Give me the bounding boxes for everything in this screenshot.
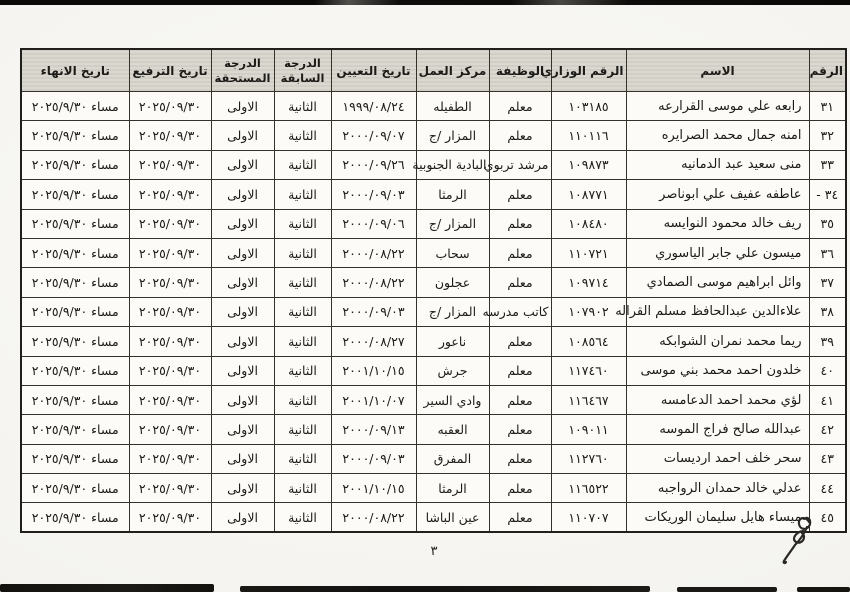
cell-end_date: مساء ٢٠٢٥/٩/٣٠ bbox=[21, 297, 129, 326]
cell-name: عبدالله صالح فراج الموسه bbox=[626, 415, 809, 444]
cell-end_date: مساء ٢٠٢٥/٩/٣٠ bbox=[21, 356, 129, 385]
cell-due_grade: الاولى bbox=[211, 415, 274, 444]
cell-promotion_date: ٢٠٢٥/٠٩/٣٠ bbox=[129, 121, 211, 150]
cell-prev_grade: الثانية bbox=[274, 474, 331, 503]
cell-seq: ٤٤ bbox=[809, 474, 846, 503]
cell-job: معلم bbox=[489, 356, 551, 385]
cell-job: معلم bbox=[489, 444, 551, 473]
cell-seq: ٤٣ bbox=[809, 444, 846, 473]
cell-prev_grade: الثانية bbox=[274, 327, 331, 356]
header-due_grade: الدرجة المستحقة bbox=[211, 49, 274, 92]
cell-end_date: مساء ٢٠٢٥/٩/٣٠ bbox=[21, 503, 129, 532]
cell-seq: ٤٠ bbox=[809, 356, 846, 385]
cell-work_center: عين الباشا bbox=[416, 503, 489, 532]
cell-seq: ٤١ bbox=[809, 385, 846, 414]
cell-promotion_date: ٢٠٢٥/٠٩/٣٠ bbox=[129, 180, 211, 209]
cell-promotion_date: ٢٠٢٥/٠٩/٣٠ bbox=[129, 503, 211, 532]
cell-prev_grade: الثانية bbox=[274, 385, 331, 414]
header-row: الرقمالاسمالرقم الوزاريالوظيفةمركز العمل… bbox=[21, 49, 846, 92]
cell-end_date: مساء ٢٠٢٥/٩/٣٠ bbox=[21, 385, 129, 414]
scan-edge-bottom-3 bbox=[677, 587, 777, 592]
cell-end_date: مساء ٢٠٢٥/٩/٣٠ bbox=[21, 327, 129, 356]
cell-work_center: الرمثا bbox=[416, 180, 489, 209]
cell-end_date: مساء ٢٠٢٥/٩/٣٠ bbox=[21, 121, 129, 150]
cell-end_date: مساء ٢٠٢٥/٩/٣٠ bbox=[21, 268, 129, 297]
cell-ministry_no: ١٠٩٠١١ bbox=[551, 415, 626, 444]
cell-seq: ٣٢ bbox=[809, 121, 846, 150]
cell-ministry_no: ١٠٨٧٧١ bbox=[551, 180, 626, 209]
cell-seq: ٣٦ bbox=[809, 238, 846, 267]
cell-work_center: الرمثا bbox=[416, 474, 489, 503]
cell-promotion_date: ٢٠٢٥/٠٩/٣٠ bbox=[129, 327, 211, 356]
cell-seq: ٣٧ bbox=[809, 268, 846, 297]
cell-promotion_date: ٢٠٢٥/٠٩/٣٠ bbox=[129, 297, 211, 326]
table-row: ٣٧وائل ابراهيم موسى الصمادي١٠٩٧١٤معلمعجل… bbox=[21, 268, 846, 297]
cell-work_center: البادية الجنوبية bbox=[416, 150, 489, 179]
cell-work_center: عجلون bbox=[416, 268, 489, 297]
cell-ministry_no: ١١٧٤٦٠ bbox=[551, 356, 626, 385]
cell-ministry_no: ١٠٨٤٨٠ bbox=[551, 209, 626, 238]
cell-prev_grade: الثانية bbox=[274, 92, 331, 121]
cell-end_date: مساء ٢٠٢٥/٩/٣٠ bbox=[21, 238, 129, 267]
header-job: الوظيفة bbox=[489, 49, 551, 92]
cell-promotion_date: ٢٠٢٥/٠٩/٣٠ bbox=[129, 238, 211, 267]
cell-hire_date: ١٩٩٩/٠٨/٢٤ bbox=[331, 92, 416, 121]
cell-promotion_date: ٢٠٢٥/٠٩/٣٠ bbox=[129, 474, 211, 503]
cell-hire_date: ٢٠٠٠/٠٨/٢٧ bbox=[331, 327, 416, 356]
cell-hire_date: ٢٠٠٠/٠٩/٠٣ bbox=[331, 444, 416, 473]
cell-end_date: مساء ٢٠٢٥/٩/٣٠ bbox=[21, 209, 129, 238]
cell-job: معلم bbox=[489, 92, 551, 121]
cell-due_grade: الاولى bbox=[211, 92, 274, 121]
cell-work_center: سحاب bbox=[416, 238, 489, 267]
cell-ministry_no: ١٠٩٧١٤ bbox=[551, 268, 626, 297]
cell-job: معلم bbox=[489, 121, 551, 150]
cell-hire_date: ٢٠٠٠/٠٨/٢٢ bbox=[331, 268, 416, 297]
cell-prev_grade: الثانية bbox=[274, 444, 331, 473]
cell-seq: ٣٤ - bbox=[809, 180, 846, 209]
header-hire_date: تاريخ التعيين bbox=[331, 49, 416, 92]
cell-prev_grade: الثانية bbox=[274, 238, 331, 267]
cell-work_center: وادي السير bbox=[416, 385, 489, 414]
cell-due_grade: الاولى bbox=[211, 327, 274, 356]
cell-name: لؤي محمد احمد الدعامسه bbox=[626, 385, 809, 414]
table-row: ٤٣سحر خلف احمد ارديسات١١٢٧٦٠معلمالمفرق٢٠… bbox=[21, 444, 846, 473]
cell-name: خلدون احمد محمد بني موسى bbox=[626, 356, 809, 385]
scan-edge-bottom-2 bbox=[240, 586, 650, 592]
cell-due_grade: الاولى bbox=[211, 150, 274, 179]
cell-hire_date: ٢٠٠٠/٠٩/٠٧ bbox=[331, 121, 416, 150]
table-row: ٤٤عدلي خالد حمدان الرواجبه١١٦٥٢٢معلمالرم… bbox=[21, 474, 846, 503]
cell-work_center: المزار /ج bbox=[416, 209, 489, 238]
cell-due_grade: الاولى bbox=[211, 356, 274, 385]
table-row: ٣٤ -عاطفه عفيف علي ابوناصر١٠٨٧٧١معلمالرم… bbox=[21, 180, 846, 209]
cell-promotion_date: ٢٠٢٥/٠٩/٣٠ bbox=[129, 356, 211, 385]
cell-job: كاتب مدرسه bbox=[489, 297, 551, 326]
cell-job: معلم bbox=[489, 385, 551, 414]
table-row: ٤١لؤي محمد احمد الدعامسه١١٦٤٦٧معلموادي ا… bbox=[21, 385, 846, 414]
cell-name: عاطفه عفيف علي ابوناصر bbox=[626, 180, 809, 209]
cell-ministry_no: ١٠٣١٨٥ bbox=[551, 92, 626, 121]
cell-seq: ٣٥ bbox=[809, 209, 846, 238]
header-name: الاسم bbox=[626, 49, 809, 92]
cell-due_grade: الاولى bbox=[211, 180, 274, 209]
cell-ministry_no: ١٠٨٥٦٤ bbox=[551, 327, 626, 356]
cell-seq: ٣٩ bbox=[809, 327, 846, 356]
cell-job: معلم bbox=[489, 474, 551, 503]
cell-due_grade: الاولى bbox=[211, 297, 274, 326]
table-row: ٣٩ريما محمد نمران الشوابكه١٠٨٥٦٤معلمناعو… bbox=[21, 327, 846, 356]
cell-prev_grade: الثانية bbox=[274, 415, 331, 444]
cell-ministry_no: ١٠٩٨٧٣ bbox=[551, 150, 626, 179]
cell-promotion_date: ٢٠٢٥/٠٩/٣٠ bbox=[129, 415, 211, 444]
cell-job: معلم bbox=[489, 415, 551, 444]
cell-due_grade: الاولى bbox=[211, 385, 274, 414]
cell-job: معلم bbox=[489, 327, 551, 356]
cell-job: مرشد تربوي bbox=[489, 150, 551, 179]
scanned-page: الرقمالاسمالرقم الوزاريالوظيفةمركز العمل… bbox=[0, 0, 850, 592]
cell-due_grade: الاولى bbox=[211, 238, 274, 267]
cell-ministry_no: ١١٠٧٢١ bbox=[551, 238, 626, 267]
cell-prev_grade: الثانية bbox=[274, 180, 331, 209]
cell-hire_date: ٢٠٠٠/٠٩/١٣ bbox=[331, 415, 416, 444]
cell-name: وائل ابراهيم موسى الصمادي bbox=[626, 268, 809, 297]
cell-due_grade: الاولى bbox=[211, 209, 274, 238]
cell-job: معلم bbox=[489, 238, 551, 267]
cell-prev_grade: الثانية bbox=[274, 121, 331, 150]
cell-prev_grade: الثانية bbox=[274, 503, 331, 532]
cell-name: عدلي خالد حمدان الرواجبه bbox=[626, 474, 809, 503]
cell-end_date: مساء ٢٠٢٥/٩/٣٠ bbox=[21, 150, 129, 179]
signature-scribble-icon bbox=[776, 514, 820, 568]
cell-seq: ٣٣ bbox=[809, 150, 846, 179]
cell-work_center: العقبه bbox=[416, 415, 489, 444]
cell-name: علاءالدين عبدالحافظ مسلم القراله bbox=[626, 297, 809, 326]
cell-name: ميسون علي جابر الياسوري bbox=[626, 238, 809, 267]
header-ministry_no: الرقم الوزاري bbox=[551, 49, 626, 92]
cell-end_date: مساء ٢٠٢٥/٩/٣٠ bbox=[21, 474, 129, 503]
cell-hire_date: ٢٠٠٠/٠٨/٢٢ bbox=[331, 238, 416, 267]
cell-due_grade: الاولى bbox=[211, 121, 274, 150]
header-seq: الرقم bbox=[809, 49, 846, 92]
cell-name: ريف خالد محمود النوايسه bbox=[626, 209, 809, 238]
cell-job: معلم bbox=[489, 503, 551, 532]
table-row: ٣٣منى سعيد عبد الدمانيه١٠٩٨٧٣مرشد تربويا… bbox=[21, 150, 846, 179]
cell-hire_date: ٢٠٠٠/٠٩/٢٦ bbox=[331, 150, 416, 179]
cell-end_date: مساء ٢٠٢٥/٩/٣٠ bbox=[21, 180, 129, 209]
cell-ministry_no: ١١٦٤٦٧ bbox=[551, 385, 626, 414]
scan-edge-top bbox=[0, 0, 850, 5]
cell-hire_date: ٢٠٠١/١٠/٠٧ bbox=[331, 385, 416, 414]
scan-edge-bottom-4 bbox=[797, 587, 850, 592]
cell-promotion_date: ٢٠٢٥/٠٩/٣٠ bbox=[129, 385, 211, 414]
cell-seq: ٣١ bbox=[809, 92, 846, 121]
cell-promotion_date: ٢٠٢٥/٠٩/٣٠ bbox=[129, 92, 211, 121]
cell-name: منى سعيد عبد الدمانيه bbox=[626, 150, 809, 179]
cell-work_center: المفرق bbox=[416, 444, 489, 473]
cell-due_grade: الاولى bbox=[211, 268, 274, 297]
cell-prev_grade: الثانية bbox=[274, 268, 331, 297]
cell-promotion_date: ٢٠٢٥/٠٩/٣٠ bbox=[129, 444, 211, 473]
table-row: ٤٢عبدالله صالح فراج الموسه١٠٩٠١١معلمالعق… bbox=[21, 415, 846, 444]
cell-seq: ٣٨ bbox=[809, 297, 846, 326]
header-end_date: تاريخ الانهاء bbox=[21, 49, 129, 92]
cell-due_grade: الاولى bbox=[211, 503, 274, 532]
table-row: ٣٦ميسون علي جابر الياسوري١١٠٧٢١معلمسحاب٢… bbox=[21, 238, 846, 267]
table-row: ٤٥ميساء هايل سليمان الوريكات١١٠٧٠٧معلمعي… bbox=[21, 503, 846, 532]
cell-promotion_date: ٢٠٢٥/٠٩/٣٠ bbox=[129, 150, 211, 179]
cell-hire_date: ٢٠٠٠/٠٩/٠٣ bbox=[331, 180, 416, 209]
table-row: ٣٨علاءالدين عبدالحافظ مسلم القراله١٠٧٩٠٢… bbox=[21, 297, 846, 326]
cell-seq: ٤٢ bbox=[809, 415, 846, 444]
cell-hire_date: ٢٠٠١/١٠/١٥ bbox=[331, 474, 416, 503]
cell-promotion_date: ٢٠٢٥/٠٩/٣٠ bbox=[129, 209, 211, 238]
cell-hire_date: ٢٠٠٠/٠٩/٠٣ bbox=[331, 297, 416, 326]
cell-prev_grade: الثانية bbox=[274, 356, 331, 385]
scan-edge-bottom-1 bbox=[0, 584, 214, 592]
cell-promotion_date: ٢٠٢٥/٠٩/٣٠ bbox=[129, 268, 211, 297]
cell-name: سحر خلف احمد ارديسات bbox=[626, 444, 809, 473]
cell-work_center: المزار /ج bbox=[416, 297, 489, 326]
cell-name: ريما محمد نمران الشوابكه bbox=[626, 327, 809, 356]
cell-work_center: جرش bbox=[416, 356, 489, 385]
table-row: ٣٥ريف خالد محمود النوايسه١٠٨٤٨٠معلمالمزا… bbox=[21, 209, 846, 238]
cell-work_center: الطفيله bbox=[416, 92, 489, 121]
cell-prev_grade: الثانية bbox=[274, 297, 331, 326]
page-number: ٣ bbox=[424, 544, 444, 559]
cell-due_grade: الاولى bbox=[211, 474, 274, 503]
table-row: ٣١رابعه علي موسى القرارعه١٠٣١٨٥معلمالطفي… bbox=[21, 92, 846, 121]
cell-ministry_no: ١١٠٧٠٧ bbox=[551, 503, 626, 532]
cell-end_date: مساء ٢٠٢٥/٩/٣٠ bbox=[21, 92, 129, 121]
cell-name: امنه جمال محمد الصرايره bbox=[626, 121, 809, 150]
header-promotion_date: تاريخ الترفيع bbox=[129, 49, 211, 92]
cell-hire_date: ٢٠٠٠/٠٩/٠٦ bbox=[331, 209, 416, 238]
cell-name: رابعه علي موسى القرارعه bbox=[626, 92, 809, 121]
cell-work_center: المزار /ج bbox=[416, 121, 489, 150]
cell-due_grade: الاولى bbox=[211, 444, 274, 473]
table-row: ٤٠خلدون احمد محمد بني موسى١١٧٤٦٠معلمجرش٢… bbox=[21, 356, 846, 385]
cell-ministry_no: ١١٢٧٦٠ bbox=[551, 444, 626, 473]
cell-ministry_no: ١١٦٥٢٢ bbox=[551, 474, 626, 503]
table-row: ٣٢امنه جمال محمد الصرايره١١٠١١٦معلمالمزا… bbox=[21, 121, 846, 150]
cell-end_date: مساء ٢٠٢٥/٩/٣٠ bbox=[21, 444, 129, 473]
cell-hire_date: ٢٠٠٠/٠٨/٢٢ bbox=[331, 503, 416, 532]
header-work_center: مركز العمل bbox=[416, 49, 489, 92]
cell-job: معلم bbox=[489, 180, 551, 209]
header-prev_grade: الدرجة السابقة bbox=[274, 49, 331, 92]
cell-end_date: مساء ٢٠٢٥/٩/٣٠ bbox=[21, 415, 129, 444]
cell-job: معلم bbox=[489, 268, 551, 297]
cell-job: معلم bbox=[489, 209, 551, 238]
cell-hire_date: ٢٠٠١/١٠/١٥ bbox=[331, 356, 416, 385]
promotions-table: الرقمالاسمالرقم الوزاريالوظيفةمركز العمل… bbox=[20, 48, 847, 533]
cell-ministry_no: ١١٠١١٦ bbox=[551, 121, 626, 150]
cell-prev_grade: الثانية bbox=[274, 150, 331, 179]
cell-work_center: ناعور bbox=[416, 327, 489, 356]
cell-prev_grade: الثانية bbox=[274, 209, 331, 238]
